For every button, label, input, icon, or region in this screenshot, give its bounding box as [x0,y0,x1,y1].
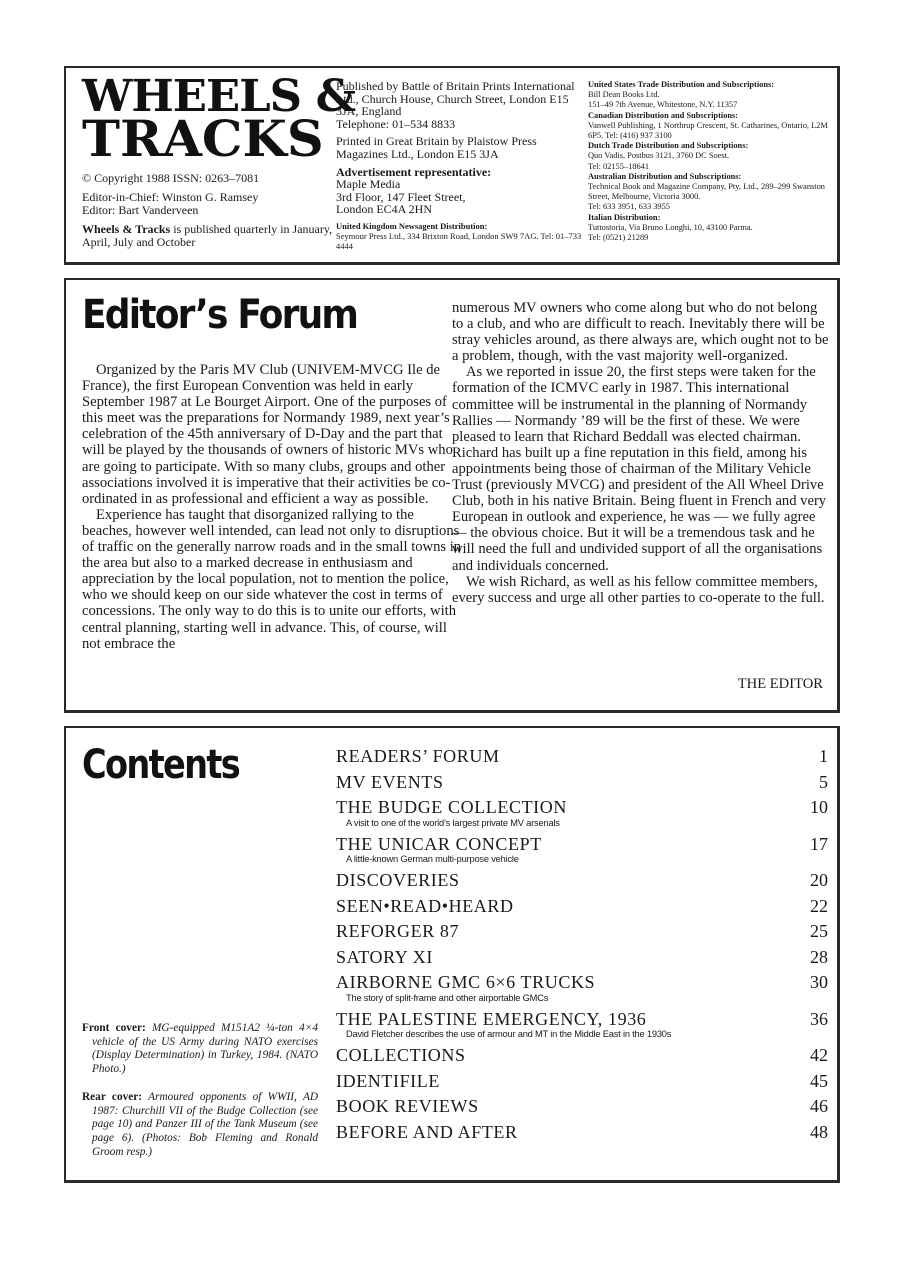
editors-forum-title: Editor’s Forum [82,292,357,338]
distribution-us: United States Trade Distribution and Sub… [588,80,836,111]
toc-item[interactable]: REFORGER 8725 [336,919,828,945]
toc-entry[interactable]: THE PALESTINE EMERGENCY, 193636David Fle… [336,1007,828,1040]
forum-paragraph: We wish Richard, as well as his fellow c… [452,574,832,606]
toc-item-page: 36 [810,1007,828,1033]
distribution-australia: Australian Distribution and Subscription… [588,172,836,213]
toc-item-title[interactable]: BEFORE AND AFTER [336,1120,518,1146]
toc-item-page: 48 [810,1120,828,1146]
forum-signoff: THE EDITOR [738,676,823,693]
rear-cover-caption: Rear cover: Armoured opponents of WWII, … [82,1091,318,1160]
printer-line: Printed in Great Britain by Plaistow Pre… [336,135,586,160]
distribution-heading: Australian Distribution and Subscription… [588,172,741,181]
toc-item-page: 22 [810,894,828,920]
distribution-heading: United States Trade Distribution and Sub… [588,80,774,89]
contents-box: Contents READERS’ FORUM1MV EVENTS5THE BU… [64,726,840,1183]
cover-captions: Front cover: MG-equipped M151A2 ¼-ton 4×… [82,1022,318,1173]
toc-item-page: 30 [810,970,828,996]
distribution-line: Tuttostoria, Via Bruno Longhi, 10, 43100… [588,223,753,232]
publisher-telephone: Telephone: 01–534 8833 [336,117,455,131]
distribution-line: Technical Book and Magazine Company, Pty… [588,182,825,201]
toc-item-title[interactable]: SATORY XI [336,945,433,971]
magazine-logo: WHEELS & TRACKS [82,76,355,160]
toc-item-title[interactable]: IDENTIFILE [336,1069,440,1095]
toc-entry[interactable]: MV EVENTS5 [336,770,828,796]
masthead-credits: © Copyright 1988 ISSN: 0263–7081 Editor-… [82,172,334,255]
logo-line-2: TRACKS [82,118,355,160]
toc-item-title[interactable]: MV EVENTS [336,770,444,796]
publication-title: Wheels & Tracks [82,222,170,236]
toc-entry[interactable]: BOOK REVIEWS46 [336,1094,828,1120]
toc-item-subtitle: A visit to one of the world’s largest pr… [346,818,828,828]
toc-entry[interactable]: COLLECTIONS42 [336,1043,828,1069]
publication-schedule: Wheels & Tracks is published quarterly i… [82,223,334,249]
uk-distribution-text: Seymour Press Ltd., 334 Brixton Road, Lo… [336,231,581,251]
uk-distribution-heading: United Kingdom Newsagent Distribution: [336,221,487,231]
toc-item-page: 10 [810,795,828,821]
toc-item-page: 45 [810,1069,828,1095]
advertising-line-3: London EC4A 2HN [336,202,432,216]
distribution-line: Bill Dean Books Ltd. [588,90,660,99]
toc-item[interactable]: SEEN•READ•HEARD22 [336,894,828,920]
toc-item-title[interactable]: REFORGER 87 [336,919,459,945]
toc-item-title[interactable]: BOOK REVIEWS [336,1094,479,1120]
toc-item[interactable]: IDENTIFILE45 [336,1069,828,1095]
front-cover-label: Front cover: [82,1022,146,1034]
toc-entry[interactable]: REFORGER 8725 [336,919,828,945]
distribution-heading: Dutch Trade Distribution and Subscriptio… [588,141,748,150]
toc-item-title[interactable]: COLLECTIONS [336,1043,466,1069]
distribution-line: Tel: (0521) 21289 [588,233,648,242]
masthead-box: WHEELS & TRACKS © Copyright 1988 ISSN: 0… [64,66,840,265]
toc-entry[interactable]: THE BUDGE COLLECTION10A visit to one of … [336,795,828,828]
toc-item-title[interactable]: SEEN•READ•HEARD [336,894,514,920]
distribution-italy: Italian Distribution:Tuttostoria, Via Br… [588,213,836,244]
toc-item-title[interactable]: DISCOVERIES [336,868,460,894]
rear-cover-label: Rear cover: [82,1091,142,1103]
distribution-netherlands: Dutch Trade Distribution and Subscriptio… [588,141,836,172]
toc-item[interactable]: BOOK REVIEWS46 [336,1094,828,1120]
contents-title: Contents [82,742,239,788]
toc-item-title[interactable]: READERS’ FORUM [336,744,500,770]
toc-item-page: 28 [810,945,828,971]
toc-item-page: 25 [810,919,828,945]
forum-paragraph: Organized by the Paris MV Club (UNIVEM-M… [82,362,466,507]
toc-item-subtitle: A little-known German multi-purpose vehi… [346,854,828,864]
publisher-address: Published by Battle of Britain Prints In… [336,79,575,118]
forum-paragraph: numerous MV owners who come along but wh… [452,300,832,364]
toc-item-page: 46 [810,1094,828,1120]
uk-distribution: United Kingdom Newsagent Distribution:Se… [336,221,586,251]
toc-item-title[interactable]: AIRBORNE GMC 6×6 TRUCKS [336,970,595,996]
toc-item[interactable]: DISCOVERIES20 [336,868,828,894]
advertising-block: Advertisement representative: Maple Medi… [336,166,586,216]
distribution-line: Quo Vadis, Postbus 3121, 3760 DC Soest. [588,151,729,160]
forum-paragraph: Experience has taught that disorganized … [82,507,466,652]
distribution-heading: Italian Distribution: [588,213,660,222]
toc-item[interactable]: READERS’ FORUM1 [336,744,828,770]
toc-item[interactable]: BEFORE AND AFTER48 [336,1120,828,1146]
toc-entry[interactable]: SEEN•READ•HEARD22 [336,894,828,920]
toc-item-page: 17 [810,832,828,858]
forum-column-1: Organized by the Paris MV Club (UNIVEM-M… [82,362,466,652]
distribution-line: 151–49 7th Avenue, Whitestone, N.Y. 1135… [588,100,737,109]
toc-entry[interactable]: DISCOVERIES20 [336,868,828,894]
toc-entry[interactable]: READERS’ FORUM1 [336,744,828,770]
toc-item-title[interactable]: THE BUDGE COLLECTION [336,795,567,821]
toc-item-subtitle: David Fletcher describes the use of armo… [346,1029,828,1039]
toc-item-page: 42 [810,1043,828,1069]
publisher-block: Published by Battle of Britain Prints In… [336,80,586,130]
forum-paragraph: As we reported in issue 20, the first st… [452,364,832,573]
distribution-info: United States Trade Distribution and Sub… [588,80,836,243]
toc-item-page: 1 [819,744,828,770]
toc-entry[interactable]: IDENTIFILE45 [336,1069,828,1095]
distribution-heading: Canadian Distribution and Subscriptions: [588,111,738,120]
toc-item[interactable]: SATORY XI28 [336,945,828,971]
editor: Editor: Bart Vanderveen [82,204,334,217]
toc-item-page: 5 [819,770,828,796]
toc-entry[interactable]: THE UNICAR CONCEPT17A little-known Germa… [336,832,828,865]
publisher-info: Published by Battle of Britain Prints In… [336,80,586,256]
distribution-line: Vanwell Publishing, 1 Northrup Crescent,… [588,121,828,140]
front-cover-caption: Front cover: MG-equipped M151A2 ¼-ton 4×… [82,1022,318,1077]
distribution-line: Tel: 633 3951, 633 3955 [588,202,670,211]
table-of-contents: READERS’ FORUM1MV EVENTS5THE BUDGE COLLE… [336,744,828,1145]
toc-entry[interactable]: AIRBORNE GMC 6×6 TRUCKS30The story of sp… [336,970,828,1003]
toc-entry[interactable]: SATORY XI28 [336,945,828,971]
toc-item[interactable]: MV EVENTS5 [336,770,828,796]
toc-item-page: 20 [810,868,828,894]
distribution-canada: Canadian Distribution and Subscriptions:… [588,111,836,142]
distribution-line: Tel: 02155–18641 [588,162,649,171]
editors-forum-box: Editor’s Forum Organized by the Paris MV… [64,278,840,713]
toc-entry[interactable]: BEFORE AND AFTER48 [336,1120,828,1146]
forum-column-2: numerous MV owners who come along but wh… [452,300,832,606]
copyright-line: © Copyright 1988 ISSN: 0263–7081 [82,172,334,185]
toc-item[interactable]: COLLECTIONS42 [336,1043,828,1069]
